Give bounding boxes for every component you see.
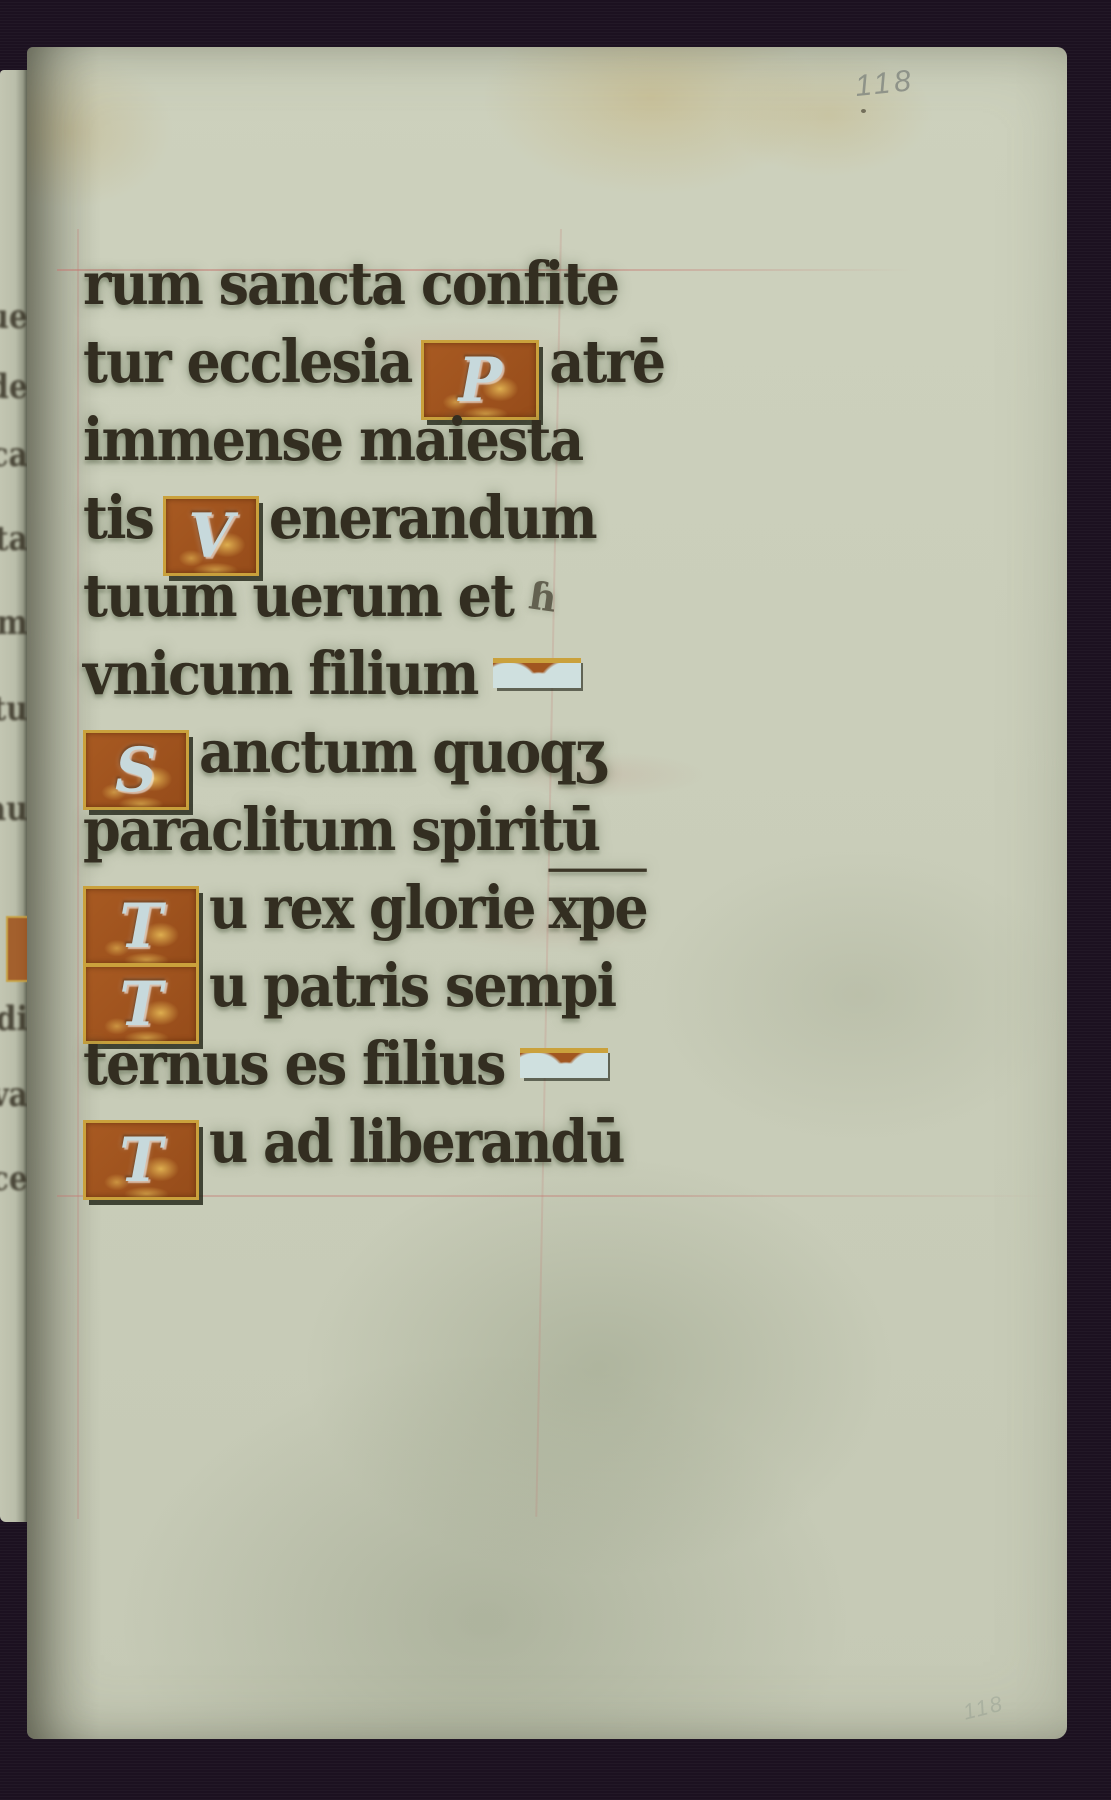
text-line: tisVenerandum (83, 487, 723, 565)
line-text: vnicum filium (83, 638, 477, 708)
text-line: tur ecclesiaPatrē (83, 331, 723, 409)
text-line: paraclitum spiritū (83, 799, 723, 877)
facing-text-fragment: va (0, 1076, 28, 1115)
text-line: rum sancta confite (83, 253, 723, 331)
line-text: atrē (549, 326, 664, 396)
line-text: u rex glorie (209, 872, 534, 942)
text-line: immense maiesta (83, 409, 723, 487)
line-text: anctum quoqʒ (199, 716, 604, 786)
line-text: paraclitum spiritū (83, 794, 599, 864)
line-filler-bar (520, 1048, 608, 1078)
line-text: ternus es filius (83, 1028, 504, 1098)
manuscript-photo: ue de ca ta m tu au udi va pce 118 rum s… (0, 0, 1111, 1800)
facing-text-fragment: ta (0, 520, 28, 559)
facing-text-fragment: ca (0, 436, 28, 475)
line-text: u ad liberandū (209, 1106, 623, 1176)
line-text: tis (83, 482, 153, 552)
facing-page-edge: ue de ca ta m tu au udi va pce (0, 70, 28, 1522)
facing-text-fragment: pce (0, 1160, 28, 1199)
line-text: tuum uerum et (83, 560, 513, 630)
facing-text-fragment: au (0, 790, 28, 829)
text-line: vnicum filium (83, 643, 723, 721)
facing-text-fragment: tu (0, 690, 28, 729)
text-line: Tu patris sempi (83, 955, 723, 1033)
line-filler-bar (493, 658, 581, 688)
facing-text-fragment: ue (0, 298, 28, 337)
line-text: u patris sempi (209, 950, 615, 1020)
text-line: Tu ad liberandū (83, 1111, 723, 1189)
line-end-penwork-mark: ɦ (526, 572, 560, 620)
parchment-page: 118 rum sancta confite tur ecclesiaPatrē… (27, 47, 1067, 1739)
text-line: Tu rex gloriexpe (83, 877, 723, 955)
christogram-abbreviation: xpe (548, 872, 646, 942)
line-text: tur ecclesia (83, 326, 411, 396)
line-text: enerandum (269, 482, 596, 552)
initial-letter: T (119, 1124, 162, 1195)
illuminated-initial-t: T (83, 1120, 199, 1200)
text-line: ternus es filius (83, 1033, 723, 1111)
initial-letter: T (119, 890, 162, 961)
facing-initial-fragment (6, 916, 28, 982)
line-text: rum sancta confite (83, 248, 618, 318)
facing-text-fragment: de (0, 368, 28, 407)
ink-speck (861, 109, 866, 113)
ruling-line-vertical-left (77, 229, 79, 1519)
facing-text-fragment: m (0, 604, 28, 643)
folio-number: 118 (853, 64, 916, 104)
text-block: rum sancta confite tur ecclesiaPatrē imm… (83, 253, 723, 1189)
facing-text-fragment: udi (0, 1000, 28, 1039)
line-text: immense maiesta (83, 404, 582, 474)
ruling-line-horizontal-bottom (57, 1195, 1057, 1197)
illuminated-initial-t: T (83, 886, 199, 966)
text-line: tuum uerum etɦ (83, 565, 723, 643)
text-line: Sanctum quoqʒ (83, 721, 723, 799)
faint-corner-mark: 118 (960, 1690, 1006, 1725)
